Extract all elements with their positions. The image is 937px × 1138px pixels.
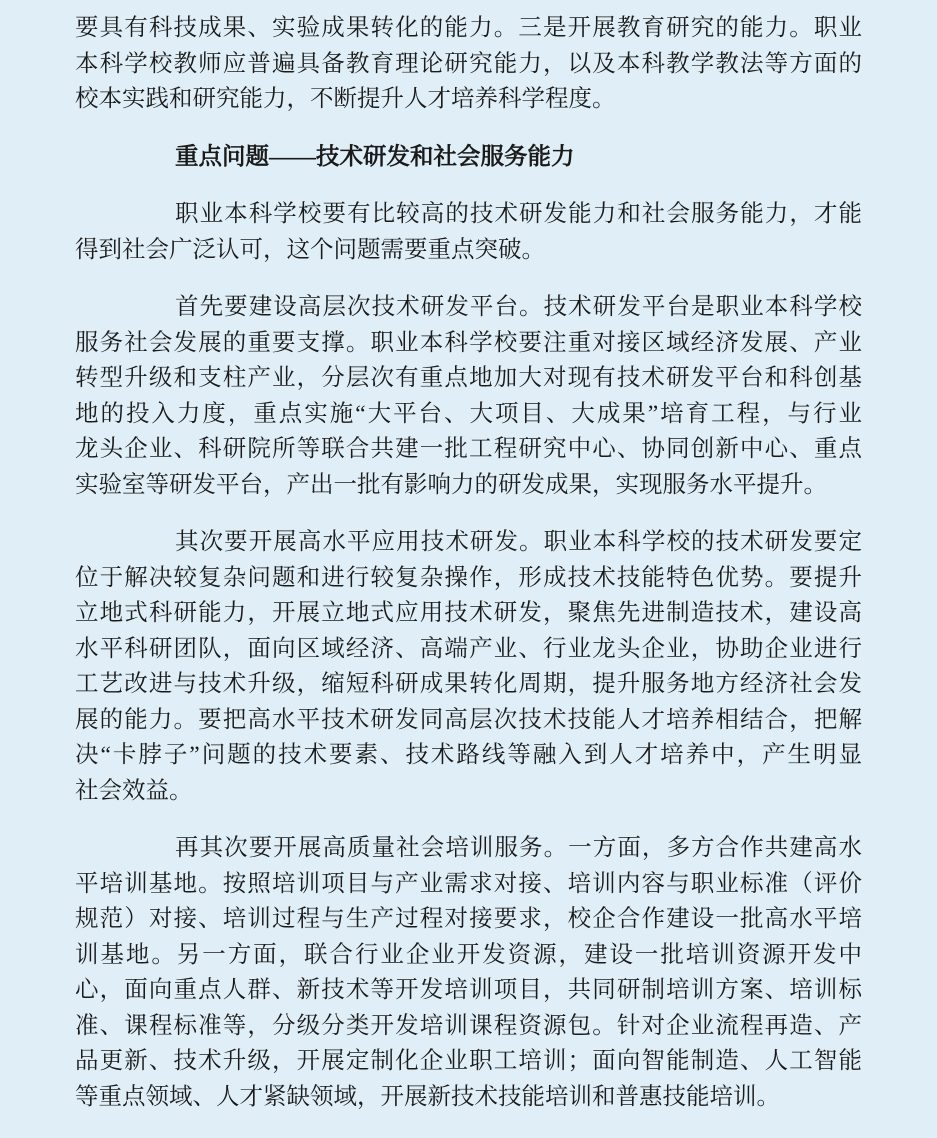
text-line: 实验室等研发平台，产出一批有影响力的研发成果，实现服务水平提升。 [75, 468, 862, 504]
text-line: 工艺改进与技术升级，缩短科研成果转化周期，提升服务地方经济社会发 [75, 667, 862, 703]
text-line: 决“卡脖子”问题的技术要素、技术路线等融入到人才培养中，产生明显 [75, 738, 862, 774]
text-line: 服务社会发展的重要支撑。职业本科学校要注重对接区域经济发展、产业 [75, 326, 862, 362]
paragraph: 职业本科学校要有比较高的技术研发能力和社会服务能力，才能得到社会广泛认可，这个问… [75, 197, 862, 268]
text-line: 校本实践和研究能力，不断提升人才培养科学程度。 [75, 82, 862, 118]
paragraph: 再其次要开展高质量社会培训服务。一方面，多方合作共建高水平培训基地。按照培训项目… [75, 831, 862, 1115]
text-line: 得到社会广泛认可，这个问题需要重点突破。 [75, 233, 862, 269]
text-line: 本科学校教师应普遍具备教育理论研究能力，以及本科教学教法等方面的 [75, 47, 862, 83]
text-line: 再其次要开展高质量社会培训服务。一方面，多方合作共建高水 [75, 831, 862, 867]
text-line: 社会效益。 [75, 774, 862, 810]
page: { "page": { "background_color": "#e0eff7… [0, 0, 937, 1138]
text-line: 品更新、技术升级，开展定制化企业职工培训；面向智能制造、人工智能 [75, 1044, 862, 1080]
text-line: 等重点领域、人才紧缺领域，开展新技术技能培训和普惠技能培训。 [75, 1080, 862, 1116]
text-line: 龙头企业、科研院所等联合共建一批工程研究中心、协同创新中心、重点 [75, 432, 862, 468]
text-line: 职业本科学校要有比较高的技术研发能力和社会服务能力，才能 [75, 197, 862, 233]
paragraph: 首先要建设高层次技术研发平台。技术研发平台是职业本科学校服务社会发展的重要支撑。… [75, 290, 862, 503]
text-line: 首先要建设高层次技术研发平台。技术研发平台是职业本科学校 [75, 290, 862, 326]
text-line: 平培训基地。按照培训项目与产业需求对接、培训内容与职业标准（评价 [75, 867, 862, 903]
text-line: 转型升级和支柱产业，分层次有重点地加大对现有技术研发平台和科创基 [75, 361, 862, 397]
text-line: 其次要开展高水平应用技术研发。职业本科学校的技术研发要定 [75, 525, 862, 561]
paragraph: 其次要开展高水平应用技术研发。职业本科学校的技术研发要定位于解决较复杂问题和进行… [75, 525, 862, 809]
text-line: 要具有科技成果、实验成果转化的能力。三是开展教育研究的能力。职业 [75, 11, 862, 47]
document-page: 要具有科技成果、实验成果转化的能力。三是开展教育研究的能力。职业本科学校教师应普… [0, 0, 937, 1115]
text-line: 展的能力。要把高水平技术研发同高层次技术技能人才培养相结合，把解 [75, 703, 862, 739]
text-line: 立地式科研能力，开展立地式应用技术研发，聚焦先进制造技术，建设高 [75, 596, 862, 632]
text-line: 准、课程标准等，分级分类开发培训课程资源包。针对企业流程再造、产 [75, 1009, 862, 1045]
text-line: 水平科研团队，面向区域经济、高端产业、行业龙头企业，协助企业进行 [75, 632, 862, 668]
text-line: 规范）对接、培训过程与生产过程对接要求，校企合作建设一批高水平培 [75, 902, 862, 938]
text-line: 位于解决较复杂问题和进行较复杂操作，形成技术技能特色优势。要提升 [75, 561, 862, 597]
text-line: 训基地。另一方面，联合行业企业开发资源，建设一批培训资源开发中 [75, 938, 862, 974]
text-line: 地的投入力度，重点实施“大平台、大项目、大成果”培育工程，与行业 [75, 397, 862, 433]
section-heading: 重点问题——技术研发和社会服务能力 [75, 140, 862, 176]
paragraph: 要具有科技成果、实验成果转化的能力。三是开展教育研究的能力。职业本科学校教师应普… [75, 11, 862, 118]
text-line: 心，面向重点人群、新技术等开发培训项目，共同研制培训方案、培训标 [75, 973, 862, 1009]
